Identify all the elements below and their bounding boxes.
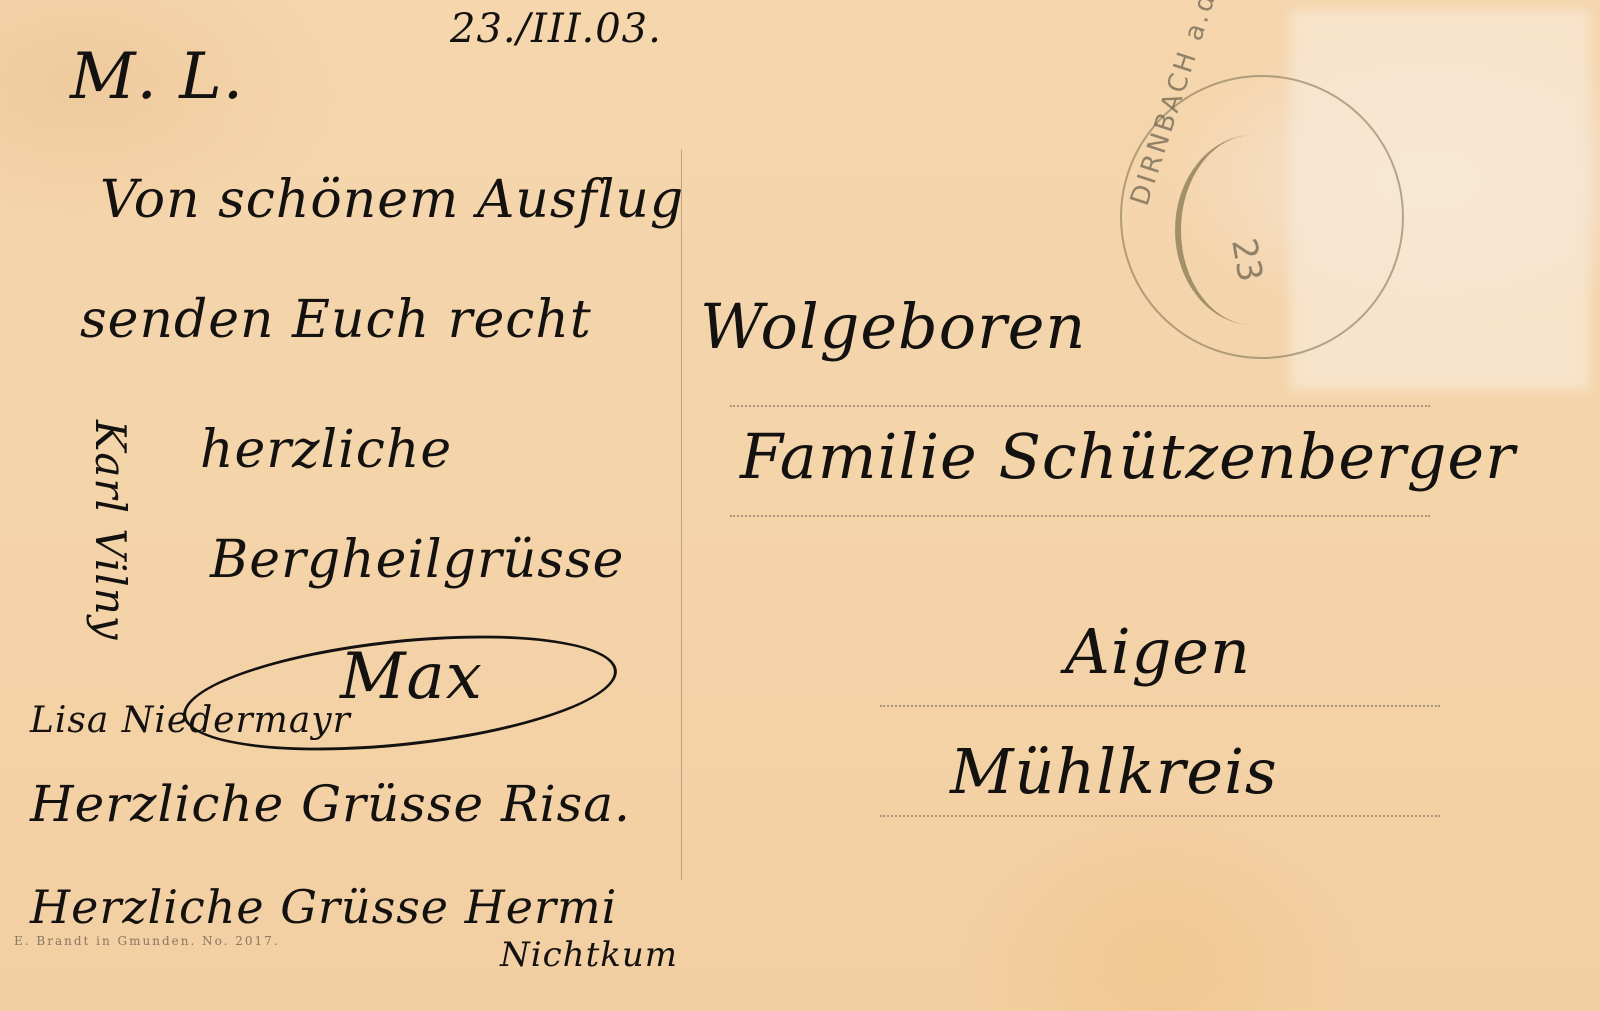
date-handwritten: 23./III.03. [450, 6, 662, 52]
address-line-1: Wolgeboren [700, 290, 1086, 363]
message-line-2: senden Euch recht [80, 290, 592, 350]
printer-imprint: E. Brandt in Gmunden. No. 2017. [14, 934, 280, 948]
signature-nichtkum: Nichtkum [500, 935, 678, 975]
address-rule-4 [880, 815, 1440, 817]
address-rule-1 [730, 405, 1430, 407]
message-line-4: Bergheilgrüsse [210, 530, 624, 590]
address-line-3: Aigen [1065, 615, 1251, 688]
address-line-4: Mühlkreis [950, 735, 1278, 808]
signature-hermi: Herzliche Grüsse Hermi [30, 880, 617, 934]
address-line-2: Familie Schützenberger [740, 420, 1516, 493]
vertical-divider [681, 150, 682, 880]
postmark-day: 23 [1223, 235, 1270, 285]
message-line-1: Von schönem Ausflug [100, 170, 684, 230]
signature-lisa: Lisa Niedermayr [30, 700, 351, 741]
signature-main: Max [340, 640, 483, 714]
postmark-inner-arc [1175, 135, 1331, 325]
postcard: 23./III.03. M. L. Von schönem Ausflug se… [0, 0, 1600, 1011]
margin-signature: Karl Vilny [86, 420, 135, 641]
salutation: M. L. [70, 40, 244, 114]
signature-risa: Herzliche Grüsse Risa. [30, 775, 631, 833]
address-rule-3 [880, 705, 1440, 707]
message-line-3: herzliche [200, 420, 452, 480]
address-rule-2 [730, 515, 1430, 517]
